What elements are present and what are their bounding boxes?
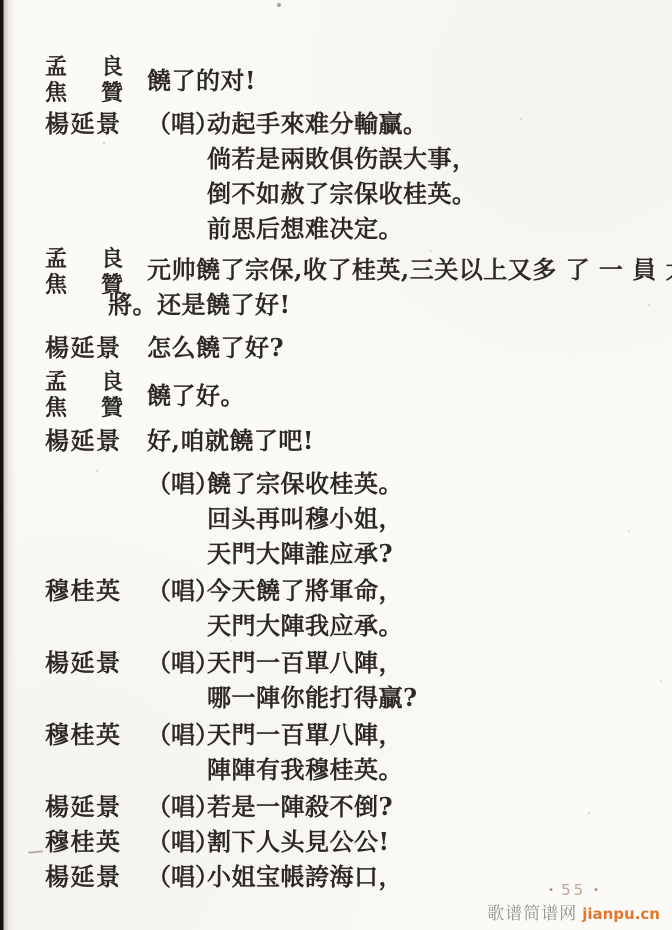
dialogue-entry: 孟良焦贊 饒了好。 <box>45 369 664 421</box>
line-text: 饒了宗保收桂英。 <box>207 469 403 498</box>
entry-body: （唱）动起手來难分輸贏。倘若是兩敗俱伤誤大事，倒不如赦了宗保收桂英。前思后想难决… <box>147 106 664 246</box>
line-text: 前思后想难决定。 <box>207 214 403 243</box>
watermark-domain: jianpu.cn <box>582 905 660 923</box>
line-text: 陣陣有我穆桂英。 <box>207 755 403 784</box>
line-text: 天門一百單八陣， <box>207 648 403 677</box>
line-text: 哪一陣你能打得贏? <box>207 683 418 712</box>
speaker-name: 焦贊 <box>45 80 123 106</box>
speaker-cell: 孟良焦贊 <box>45 369 147 421</box>
speaker-name: 楊延景 <box>45 859 147 894</box>
speaker-name: 楊延景 <box>45 645 147 680</box>
entry-body: （唱）天門一百單八陣，陣陣有我穆桂英。 <box>147 717 664 787</box>
entry-body: （唱）天門一百單八陣，哪一陣你能打得贏? <box>147 645 664 715</box>
speaker-cell: 楊延景 <box>45 330 147 365</box>
speaker-cell: 孟良焦贊 <box>45 54 147 106</box>
speaker-cell: 楊延景 <box>45 423 147 458</box>
line-text: 天門大陣我应承。 <box>207 611 403 640</box>
speaker-name: 孟良 <box>45 54 123 80</box>
speaker-name: 穆桂英 <box>45 824 147 859</box>
page-number-dot-left: • <box>548 885 554 896</box>
speaker-cell: 楊延景 <box>45 106 147 141</box>
speaker-char: 良 <box>101 246 123 272</box>
entry-body: 元帅饒了宗保,收了桂英,三关以上又多 了 一 員 大將。还是饒了好! <box>147 252 664 322</box>
line-text: 天門一百單八陣， <box>207 720 403 749</box>
speaker-char: 贊 <box>101 80 123 106</box>
line-text: 怎么饒了好? <box>147 333 284 362</box>
speaker-char: 良 <box>101 369 123 395</box>
line-text: 倒不如赦了宗保收桂英。 <box>207 179 477 208</box>
line-text: 將。还是饒了好! <box>108 290 291 319</box>
dialogue-entry: 穆桂英 （唱）今天饒了將軍命，天門大陣我应承。 <box>45 573 664 643</box>
line-text: 饒了的对! <box>147 66 256 95</box>
speaker-char: 焦 <box>45 395 67 421</box>
speaker-cell: 穆桂英 <box>45 717 147 752</box>
line-text: 回头再叫穆小姐， <box>207 504 403 533</box>
watermark-site-name: 歌谱简谱网 <box>487 904 577 924</box>
line-text: 小姐宝帳誇海口， <box>207 862 403 891</box>
page-number: •55• <box>487 883 660 898</box>
sung-tag: （唱） <box>147 789 207 824</box>
line-text: 好,咱就饒了吧! <box>147 426 314 455</box>
line-text: 倘若是兩敗俱伤誤大事， <box>207 144 477 173</box>
script-line: 將。还是饒了好! <box>108 287 664 322</box>
speaker-name: 穆桂英 <box>45 573 147 608</box>
line-text: 若是一陣殺不倒? <box>207 792 393 821</box>
script-line: 哪一陣你能打得贏? <box>147 680 664 715</box>
line-text: 今天饒了將軍命， <box>207 576 403 605</box>
script-line: （唱）今天饒了將軍命， <box>147 573 664 608</box>
script-line: 天門大陣誰应承? <box>147 536 664 571</box>
line-text: 元帅饒了宗保,收了桂英,三关以上又多 了 一 員 大 <box>147 255 672 284</box>
script-line: 陣陣有我穆桂英。 <box>147 752 664 787</box>
entry-body: （唱）今天饒了將軍命，天門大陣我应承。 <box>147 573 664 643</box>
script-line: （唱）天門一百單八陣， <box>147 717 664 752</box>
script-line: 饒了好。 <box>147 378 664 413</box>
page-footer: •55• 歌谱简谱网jianpu.cn <box>487 883 660 924</box>
dialogue-entry: 孟良焦贊 饒了的对! <box>45 54 664 106</box>
speaker-name: 孟良 <box>45 246 123 272</box>
dialogue-entry: 楊延景 （唱）若是一陣殺不倒? <box>45 789 664 824</box>
entry-body: 怎么饒了好? <box>147 330 664 365</box>
dialogue-entry: 孟良焦贊 元帅饒了宗保,收了桂英,三关以上又多 了 一 員 大將。还是饒了好! <box>45 252 664 322</box>
line-text: 饒了好。 <box>147 381 245 410</box>
speaker-char: 孟 <box>45 369 67 395</box>
speaker-cell: 楊延景 <box>45 859 147 894</box>
entry-body: （唱）若是一陣殺不倒? <box>147 789 664 824</box>
speaker-cell: 穆桂英 <box>45 573 147 608</box>
scan-edge-shadow <box>0 0 16 930</box>
dialogue-entry: 楊延景 怎么饒了好? <box>45 330 664 365</box>
sung-tag: （唱） <box>147 824 207 859</box>
sung-tag: （唱） <box>147 466 207 501</box>
script-body: 孟良焦贊 饒了的对! 楊延景 （唱）动起手來难分輸贏。倘若是兩敗俱伤誤大事，倒不… <box>45 54 664 894</box>
speaker-char: 孟 <box>45 246 67 272</box>
script-line: 好,咱就饒了吧! <box>147 423 664 458</box>
page-number-dot-right: • <box>593 885 599 896</box>
entry-body: 饒了好。 <box>147 378 664 413</box>
sung-tag: （唱） <box>147 106 207 141</box>
script-line: （唱）若是一陣殺不倒? <box>147 789 664 824</box>
line-text: 割下人头見公公! <box>207 827 390 856</box>
dialogue-entry: （唱）饒了宗保收桂英。回头再叫穆小姐，天門大陣誰应承? <box>45 466 664 571</box>
script-line: 回头再叫穆小姐， <box>147 501 664 536</box>
script-line: （唱）天門一百單八陣， <box>147 645 664 680</box>
line-text: 天門大陣誰应承? <box>207 539 393 568</box>
script-line: 倒不如赦了宗保收桂英。 <box>147 176 664 211</box>
scanned-script-page: 孟良焦贊 饒了的对! 楊延景 （唱）动起手來难分輸贏。倘若是兩敗俱伤誤大事，倒不… <box>0 0 672 930</box>
speaker-name: 楊延景 <box>45 423 147 458</box>
speaker-char: 焦 <box>45 272 67 298</box>
scan-mark-dash <box>28 850 43 854</box>
speaker-cell: 穆桂英 <box>45 824 147 859</box>
entry-body: （唱）割下人头見公公! <box>147 824 664 859</box>
dialogue-entry: 穆桂英 （唱）割下人头見公公! <box>45 824 664 859</box>
script-line: 前思后想难决定。 <box>147 211 664 246</box>
dialogue-entry: 楊延景 好,咱就饒了吧! <box>45 423 664 458</box>
sung-tag: （唱） <box>147 717 207 752</box>
script-line: 怎么饒了好? <box>147 330 664 365</box>
script-line: （唱）饒了宗保收桂英。 <box>147 466 664 501</box>
speaker-name: 楊延景 <box>45 789 147 824</box>
sung-tag: （唱） <box>147 573 207 608</box>
entry-body: 饒了的对! <box>147 63 664 98</box>
script-line: 饒了的对! <box>147 63 664 98</box>
entry-body: 好,咱就饒了吧! <box>147 423 664 458</box>
speaker-cell: 楊延景 <box>45 789 147 824</box>
script-line: 倘若是兩敗俱伤誤大事， <box>147 141 664 176</box>
watermark: 歌谱简谱网jianpu.cn <box>487 899 660 924</box>
script-line: 元帅饒了宗保,收了桂英,三关以上又多 了 一 員 大 <box>147 252 664 287</box>
dialogue-entry: 楊延景 （唱）动起手來难分輸贏。倘若是兩敗俱伤誤大事，倒不如赦了宗保收桂英。前思… <box>45 106 664 246</box>
speaker-cell: 楊延景 <box>45 645 147 680</box>
speaker-name: 楊延景 <box>45 106 147 141</box>
sung-tag: （唱） <box>147 859 207 894</box>
speaker-char: 孟 <box>45 54 67 80</box>
line-text: 动起手來难分輸贏。 <box>207 109 428 138</box>
speaker-char: 良 <box>101 54 123 80</box>
script-line: （唱）割下人头見公公! <box>147 824 664 859</box>
dialogue-entry: 楊延景 （唱）天門一百單八陣，哪一陣你能打得贏? <box>45 645 664 715</box>
speaker-name: 穆桂英 <box>45 717 147 752</box>
speaker-name: 楊延景 <box>45 330 147 365</box>
speaker-name: 焦贊 <box>45 395 123 421</box>
speaker-char: 焦 <box>45 80 67 106</box>
dialogue-entry: 穆桂英 （唱）天門一百單八陣，陣陣有我穆桂英。 <box>45 717 664 787</box>
script-line: （唱）动起手來难分輸贏。 <box>147 106 664 141</box>
entry-body: （唱）饒了宗保收桂英。回头再叫穆小姐，天門大陣誰应承? <box>147 466 664 571</box>
speaker-name: 孟良 <box>45 369 123 395</box>
sung-tag: （唱） <box>147 645 207 680</box>
speaker-char: 贊 <box>101 395 123 421</box>
script-line: 天門大陣我应承。 <box>147 608 664 643</box>
page-number-value: 55 <box>561 881 586 899</box>
